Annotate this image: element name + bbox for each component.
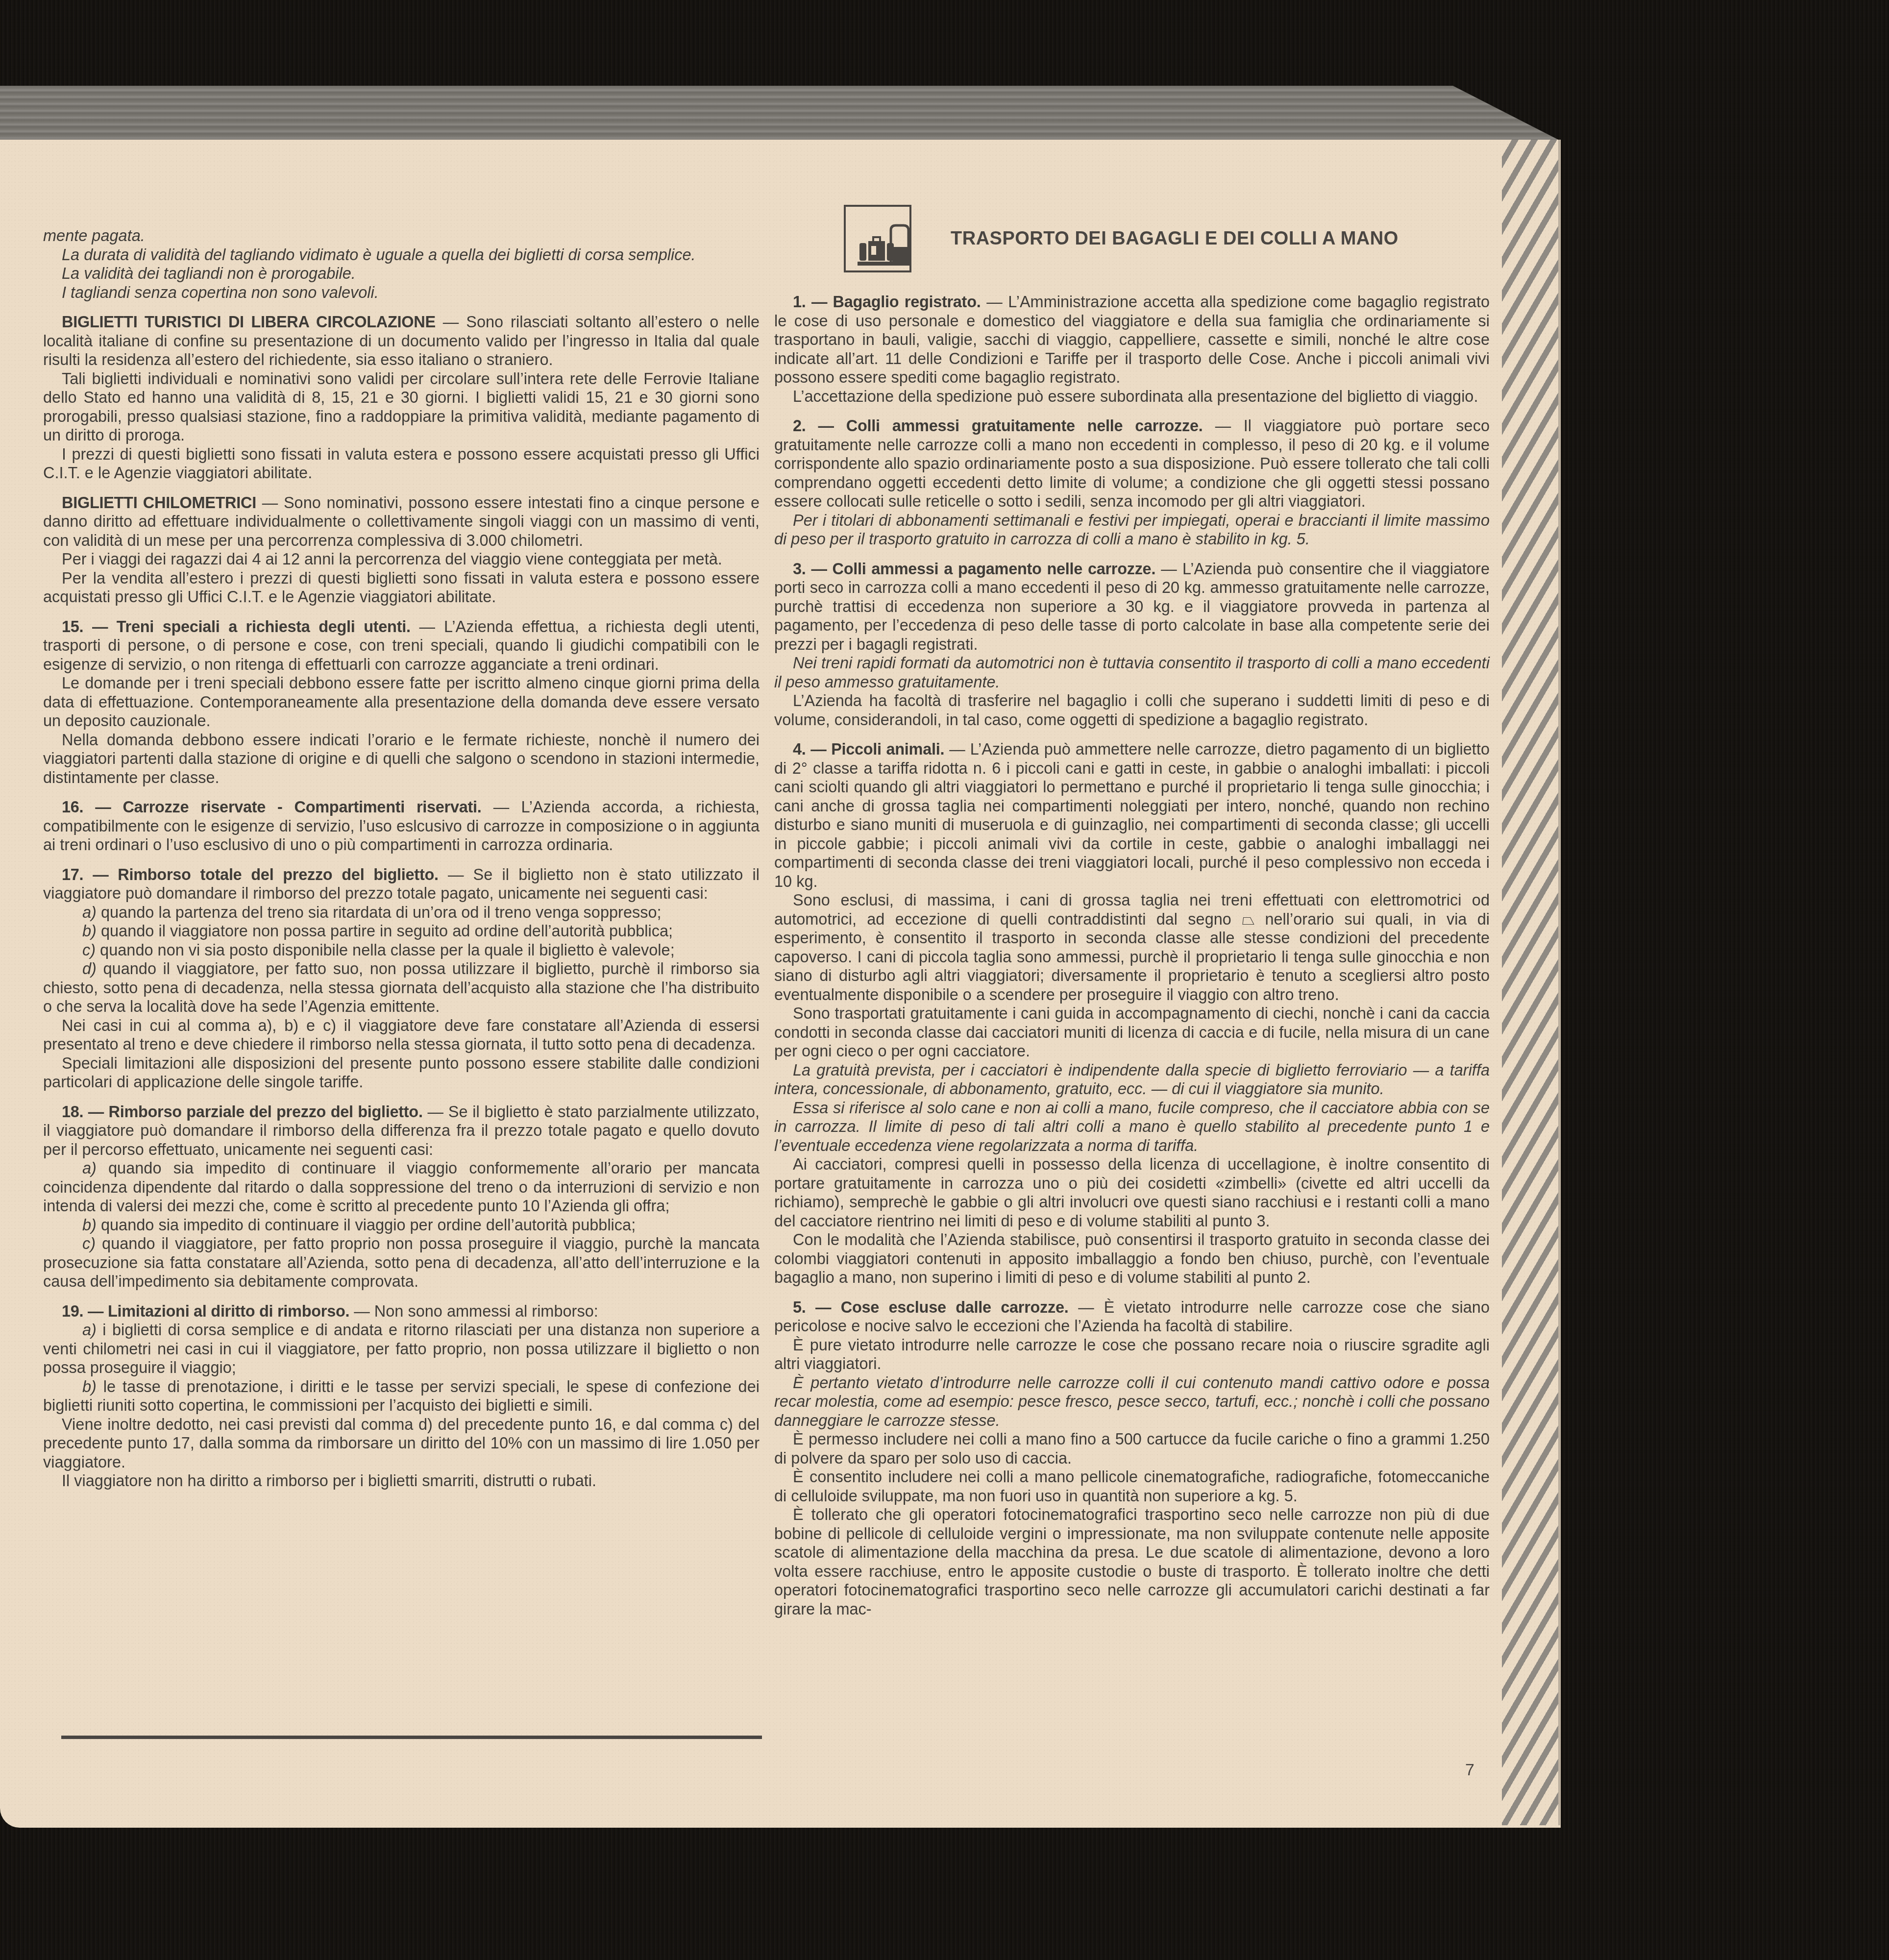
paragraph: Nei treni rapidi formati da automotrici …: [774, 654, 1490, 691]
paragraph: L’accettazione della spedizione può esse…: [774, 387, 1490, 406]
paragraph: Il viaggiatore non ha diritto a rimborso…: [43, 1471, 760, 1491]
paragraph-text: È tollerato che gli operatori fotocinema…: [774, 1506, 1490, 1618]
section-paragraph: 15. — Treni speciali a richiesta degli u…: [43, 617, 760, 674]
paragraph-text: Nei treni rapidi formati da automotrici …: [774, 654, 1490, 691]
paragraph: b) quando il viaggiatore non possa parti…: [43, 922, 760, 941]
item-label: a): [82, 1321, 97, 1339]
paragraph-text: È consentito includere nei colli a mano …: [774, 1468, 1490, 1505]
section-heading: 18. — Rimborso parziale del prezzo del b…: [62, 1103, 423, 1121]
section-paragraph: 17. — Rimborso totale del prezzo del big…: [43, 865, 760, 903]
item-label: d): [82, 960, 97, 978]
item-label: b): [82, 922, 97, 940]
item-label: b): [82, 1378, 97, 1396]
paragraph: È pure vietato introdurre nelle carrozze…: [774, 1336, 1490, 1373]
paragraph-text: I tagliandi senza copertina non sono val…: [62, 284, 379, 301]
paragraph-text: Tali biglietti individuali e nominativi …: [43, 370, 760, 444]
item-label: b): [82, 1216, 97, 1234]
item-label: a): [82, 904, 97, 921]
paragraph-text: Per la vendita all’estero i prezzi di qu…: [43, 569, 760, 606]
section-paragraph: 2. — Colli ammessi gratuitamente nelle c…: [774, 416, 1490, 511]
paragraph: a) quando sia impedito di continuare il …: [43, 1159, 760, 1216]
paragraph: Le domande per i treni speciali debbono …: [43, 674, 760, 731]
paragraph: Con le modalità che l’Azienda stabilisce…: [774, 1230, 1490, 1287]
paragraph: c) quando il viaggiatore, per fatto prop…: [43, 1234, 760, 1291]
luggage-icon: [844, 205, 911, 272]
paragraph: I prezzi di questi biglietti sono fissat…: [43, 445, 760, 483]
paragraph: La validità dei tagliandi non è prorogab…: [43, 264, 760, 283]
section-header: TRASPORTO DEI BAGAGLI E DEI COLLI A MANO: [844, 202, 1398, 275]
paragraph: Sono esclusi, di massima, i cani di gros…: [774, 891, 1490, 1004]
section-heading: 19. — Limitazioni al diritto di rimborso…: [62, 1302, 349, 1320]
section-title: TRASPORTO DEI BAGAGLI E DEI COLLI A MANO: [951, 228, 1398, 249]
section-heading: 4. — Piccoli animali.: [793, 740, 944, 758]
paragraph: a) quando la partenza del treno sia rita…: [43, 903, 760, 922]
item-label: a): [82, 1159, 97, 1177]
paragraph-text: i biglietti di corsa semplice e di andat…: [43, 1321, 760, 1376]
paragraph-text: Il viaggiatore non ha diritto a rimborso…: [62, 1472, 596, 1490]
paragraph: Ai cacciatori, compresi quelli in posses…: [774, 1155, 1490, 1230]
paragraph-text: Sono esclusi, di massima, i cani di gros…: [774, 891, 1490, 1004]
section-heading: 1. — Bagaglio registrato.: [793, 293, 981, 311]
right-column: 1. — Bagaglio registrato. — L’Amministra…: [774, 282, 1490, 1618]
section-heading: BIGLIETTI TURISTICI DI LIBERA CIRCOLAZIO…: [62, 313, 436, 331]
section-paragraph: BIGLIETTI TURISTICI DI LIBERA CIRCOLAZIO…: [43, 313, 760, 369]
paragraph-text: quando il viaggiatore, per fatto proprio…: [43, 1235, 760, 1290]
paragraph-text: Nei casi in cui al comma a), b) e c) il …: [43, 1017, 760, 1053]
section-paragraph: 1. — Bagaglio registrato. — L’Amministra…: [774, 293, 1490, 387]
item-label: c): [82, 941, 96, 959]
paragraph-text: Le domande per i treni speciali debbono …: [43, 674, 760, 730]
paragraph-text: quando il viaggiatore, per fatto suo, no…: [43, 960, 760, 1015]
section-paragraph: 19. — Limitazioni al diritto di rimborso…: [43, 1302, 760, 1321]
paragraph-text: L’Azienda ha facoltà di trasferire nel b…: [774, 692, 1490, 729]
paragraph-text: mente pagata.: [43, 227, 145, 245]
section-paragraph: 3. — Colli ammessi a pagamento nelle car…: [774, 560, 1490, 654]
paragraph: mente pagata.: [43, 226, 760, 245]
paragraph: È pertanto vietato d’introdurre nelle ca…: [774, 1373, 1490, 1430]
paragraph-text: Con le modalità che l’Azienda stabilisce…: [774, 1231, 1490, 1286]
paragraph-text: quando la partenza del treno sia ritarda…: [97, 904, 662, 921]
paragraph-text: Ai cacciatori, compresi quelli in posses…: [774, 1155, 1490, 1230]
paragraph: Tali biglietti individuali e nominativi …: [43, 369, 760, 445]
paragraph-text: quando il viaggiatore non possa partire …: [97, 922, 673, 940]
paragraph-text: Sono trasportati gratuitamente i cani gu…: [774, 1004, 1490, 1060]
paragraph: c) quando non vi sia posto disponibile n…: [43, 941, 760, 960]
book-page-edges: [0, 86, 1558, 140]
paragraph-text: Viene inoltre dedotto, nei casi previsti…: [43, 1416, 760, 1471]
paragraph-text: — L’Azienda può ammettere nelle carrozze…: [774, 740, 1490, 890]
paragraph: Per la vendita all’estero i prezzi di qu…: [43, 569, 760, 607]
section-heading: 2. — Colli ammessi gratuitamente nelle c…: [793, 417, 1203, 435]
paragraph-text: La durata di validità del tagliando vidi…: [62, 246, 696, 264]
paragraph: Per i viaggi dei ragazzi dai 4 ai 12 ann…: [43, 550, 760, 569]
paragraph: a) i biglietti di corsa semplice e di an…: [43, 1321, 760, 1377]
paragraph: L’Azienda ha facoltà di trasferire nel b…: [774, 691, 1490, 729]
page-number: 7: [1465, 1761, 1474, 1780]
paragraph-text: quando sia impedito di continuare il via…: [97, 1216, 636, 1234]
paragraph: È permesso includere nei colli a mano fi…: [774, 1430, 1490, 1468]
section-heading: 3. — Colli ammessi a pagamento nelle car…: [793, 560, 1155, 578]
section-heading: BIGLIETTI CHILOMETRICI: [62, 494, 256, 512]
section-paragraph: 5. — Cose escluse dalle carrozze. — È vi…: [774, 1298, 1490, 1336]
paragraph: È consentito includere nei colli a mano …: [774, 1468, 1490, 1505]
paragraph-text: È pure vietato introdurre nelle carrozze…: [774, 1336, 1490, 1373]
section-hatch-stripe: [1502, 140, 1560, 1825]
paragraph-text: — Non sono ammessi al rimborso:: [349, 1302, 598, 1320]
paragraph: I tagliandi senza copertina non sono val…: [43, 283, 760, 302]
section-paragraph: 18. — Rimborso parziale del prezzo del b…: [43, 1102, 760, 1159]
paragraph: La gratuità prevista, per i cacciatori è…: [774, 1061, 1490, 1099]
paragraph: Speciali limitazioni alle disposizioni d…: [43, 1054, 760, 1092]
paragraph: Essa si riferisce al solo cane e non ai …: [774, 1099, 1490, 1155]
paragraph: d) quando il viaggiatore, per fatto suo,…: [43, 959, 760, 1016]
paragraph: Nella domanda debbono essere indicati l’…: [43, 731, 760, 787]
paragraph: Sono trasportati gratuitamente i cani gu…: [774, 1004, 1490, 1061]
left-column: mente pagata.La durata di validità del t…: [43, 226, 760, 1491]
paragraph-text: Essa si riferisce al solo cane e non ai …: [774, 1099, 1490, 1154]
paragraph: b) quando sia impedito di continuare il …: [43, 1216, 760, 1235]
paragraph: Per i titolari di abbonamenti settimanal…: [774, 511, 1490, 549]
paragraph-text: L’accettazione della spedizione può esse…: [793, 388, 1478, 405]
paragraph: Nei casi in cui al comma a), b) e c) il …: [43, 1016, 760, 1054]
paragraph-text: quando non vi sia posto disponibile nell…: [96, 941, 675, 959]
paragraph: Viene inoltre dedotto, nei casi previsti…: [43, 1415, 760, 1472]
section-heading: 17. — Rimborso totale del prezzo del big…: [62, 866, 439, 883]
paragraph-text: È permesso includere nei colli a mano fi…: [774, 1430, 1490, 1467]
paragraph-text: Speciali limitazioni alle disposizioni d…: [43, 1054, 760, 1091]
paragraph: È tollerato che gli operatori fotocinema…: [774, 1505, 1490, 1618]
section-paragraph: BIGLIETTI CHILOMETRICI — Sono nominativi…: [43, 493, 760, 550]
section-heading: 15. — Treni speciali a richiesta degli u…: [62, 618, 411, 636]
paragraph-text: Per i viaggi dei ragazzi dai 4 ai 12 ann…: [62, 550, 722, 568]
paragraph-text: Nella domanda debbono essere indicati l’…: [43, 731, 760, 786]
section-paragraph: 4. — Piccoli animali. — L’Azienda può am…: [774, 740, 1490, 891]
paragraph-text: È pertanto vietato d’introdurre nelle ca…: [774, 1374, 1490, 1429]
item-label: c): [82, 1235, 96, 1252]
paragraph-text: le tasse di prenotazione, i diritti e le…: [43, 1378, 760, 1415]
paragraph-text: quando sia impedito di continuare il via…: [43, 1159, 760, 1215]
paragraph-text: La validità dei tagliandi non è prorogab…: [62, 265, 356, 282]
section-paragraph: 16. — Carrozze riservate - Compartimenti…: [43, 798, 760, 855]
paragraph-text: Per i titolari di abbonamenti settimanal…: [774, 512, 1490, 548]
paragraph: La durata di validità del tagliando vidi…: [43, 245, 760, 265]
paragraph: b) le tasse di prenotazione, i diritti e…: [43, 1377, 760, 1415]
column-end-rule: [61, 1736, 762, 1739]
section-heading: 5. — Cose escluse dalle carrozze.: [793, 1298, 1069, 1316]
paragraph-text: La gratuità prevista, per i cacciatori è…: [774, 1061, 1490, 1098]
section-heading: 16. — Carrozze riservate - Compartimenti…: [62, 798, 481, 816]
paragraph-text: I prezzi di questi biglietti sono fissat…: [43, 445, 760, 482]
